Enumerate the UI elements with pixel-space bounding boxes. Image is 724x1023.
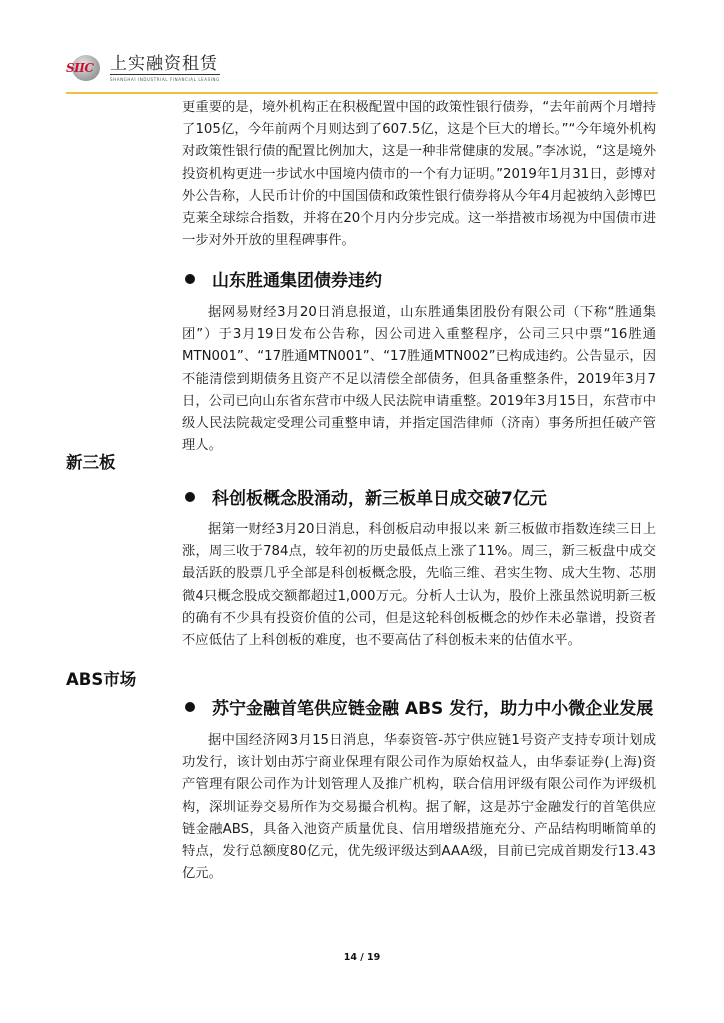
page-number: 14 / 19	[0, 952, 724, 963]
section-title-neeq: 新三板	[66, 449, 116, 473]
header-divider	[66, 92, 658, 94]
shengtong-paragraph: 据网易财经3月20日消息报道，山东胜通集团股份有限公司（下称“胜通集团”）于3月…	[182, 302, 656, 457]
logo-text: 上实融资租赁 SHANGHAI INDUSTRIAL FINANCIAL LEA…	[110, 55, 220, 82]
abs-paragraph: 据中国经济网3月15日消息，华泰资管-苏宁供应链1号资产支持专项计划成功发行，该…	[182, 730, 656, 885]
bullet-icon	[185, 274, 195, 284]
subsection-heading-text: 科创板概念股涌动，新三板单日成交破7亿元	[212, 484, 547, 509]
bullet-icon	[185, 492, 195, 502]
subsection-heading-text: 山东胜通集团债券违约	[212, 266, 382, 291]
subsection-heading-text: 苏宁金融首笔供应链金融 ABS 发行，助力中小微企业发展	[212, 694, 653, 719]
neeq-paragraph: 据第一财经3月20日消息，科创板启动申报以来 新三板做市指数连续三日上涨，周三收…	[182, 519, 656, 652]
subsection-heading-shengtong: 山东胜通集团债券违约	[185, 266, 382, 291]
document-header: SIIC 上实融资租赁 SHANGHAI INDUSTRIAL FINANCIA…	[66, 52, 220, 84]
bullet-icon	[185, 702, 195, 712]
subsection-heading-abs: 苏宁金融首笔供应链金融 ABS 发行，助力中小微企业发展	[185, 694, 653, 719]
company-name-en: SHANGHAI INDUSTRIAL FINANCIAL LEASING	[110, 77, 220, 82]
siic-logo-icon: SIIC	[66, 53, 106, 83]
subsection-heading-neeq: 科创板概念股涌动，新三板单日成交破7亿元	[185, 484, 547, 509]
intro-paragraph: 更重要的是，境外机构正在积极配置中国的政策性银行债券，“去年前两个月增持了105…	[182, 97, 656, 252]
section-title-abs: ABS市场	[66, 666, 136, 690]
logo-mark-text: SIIC	[66, 61, 93, 75]
company-name-cn: 上实融资租赁	[110, 55, 220, 75]
